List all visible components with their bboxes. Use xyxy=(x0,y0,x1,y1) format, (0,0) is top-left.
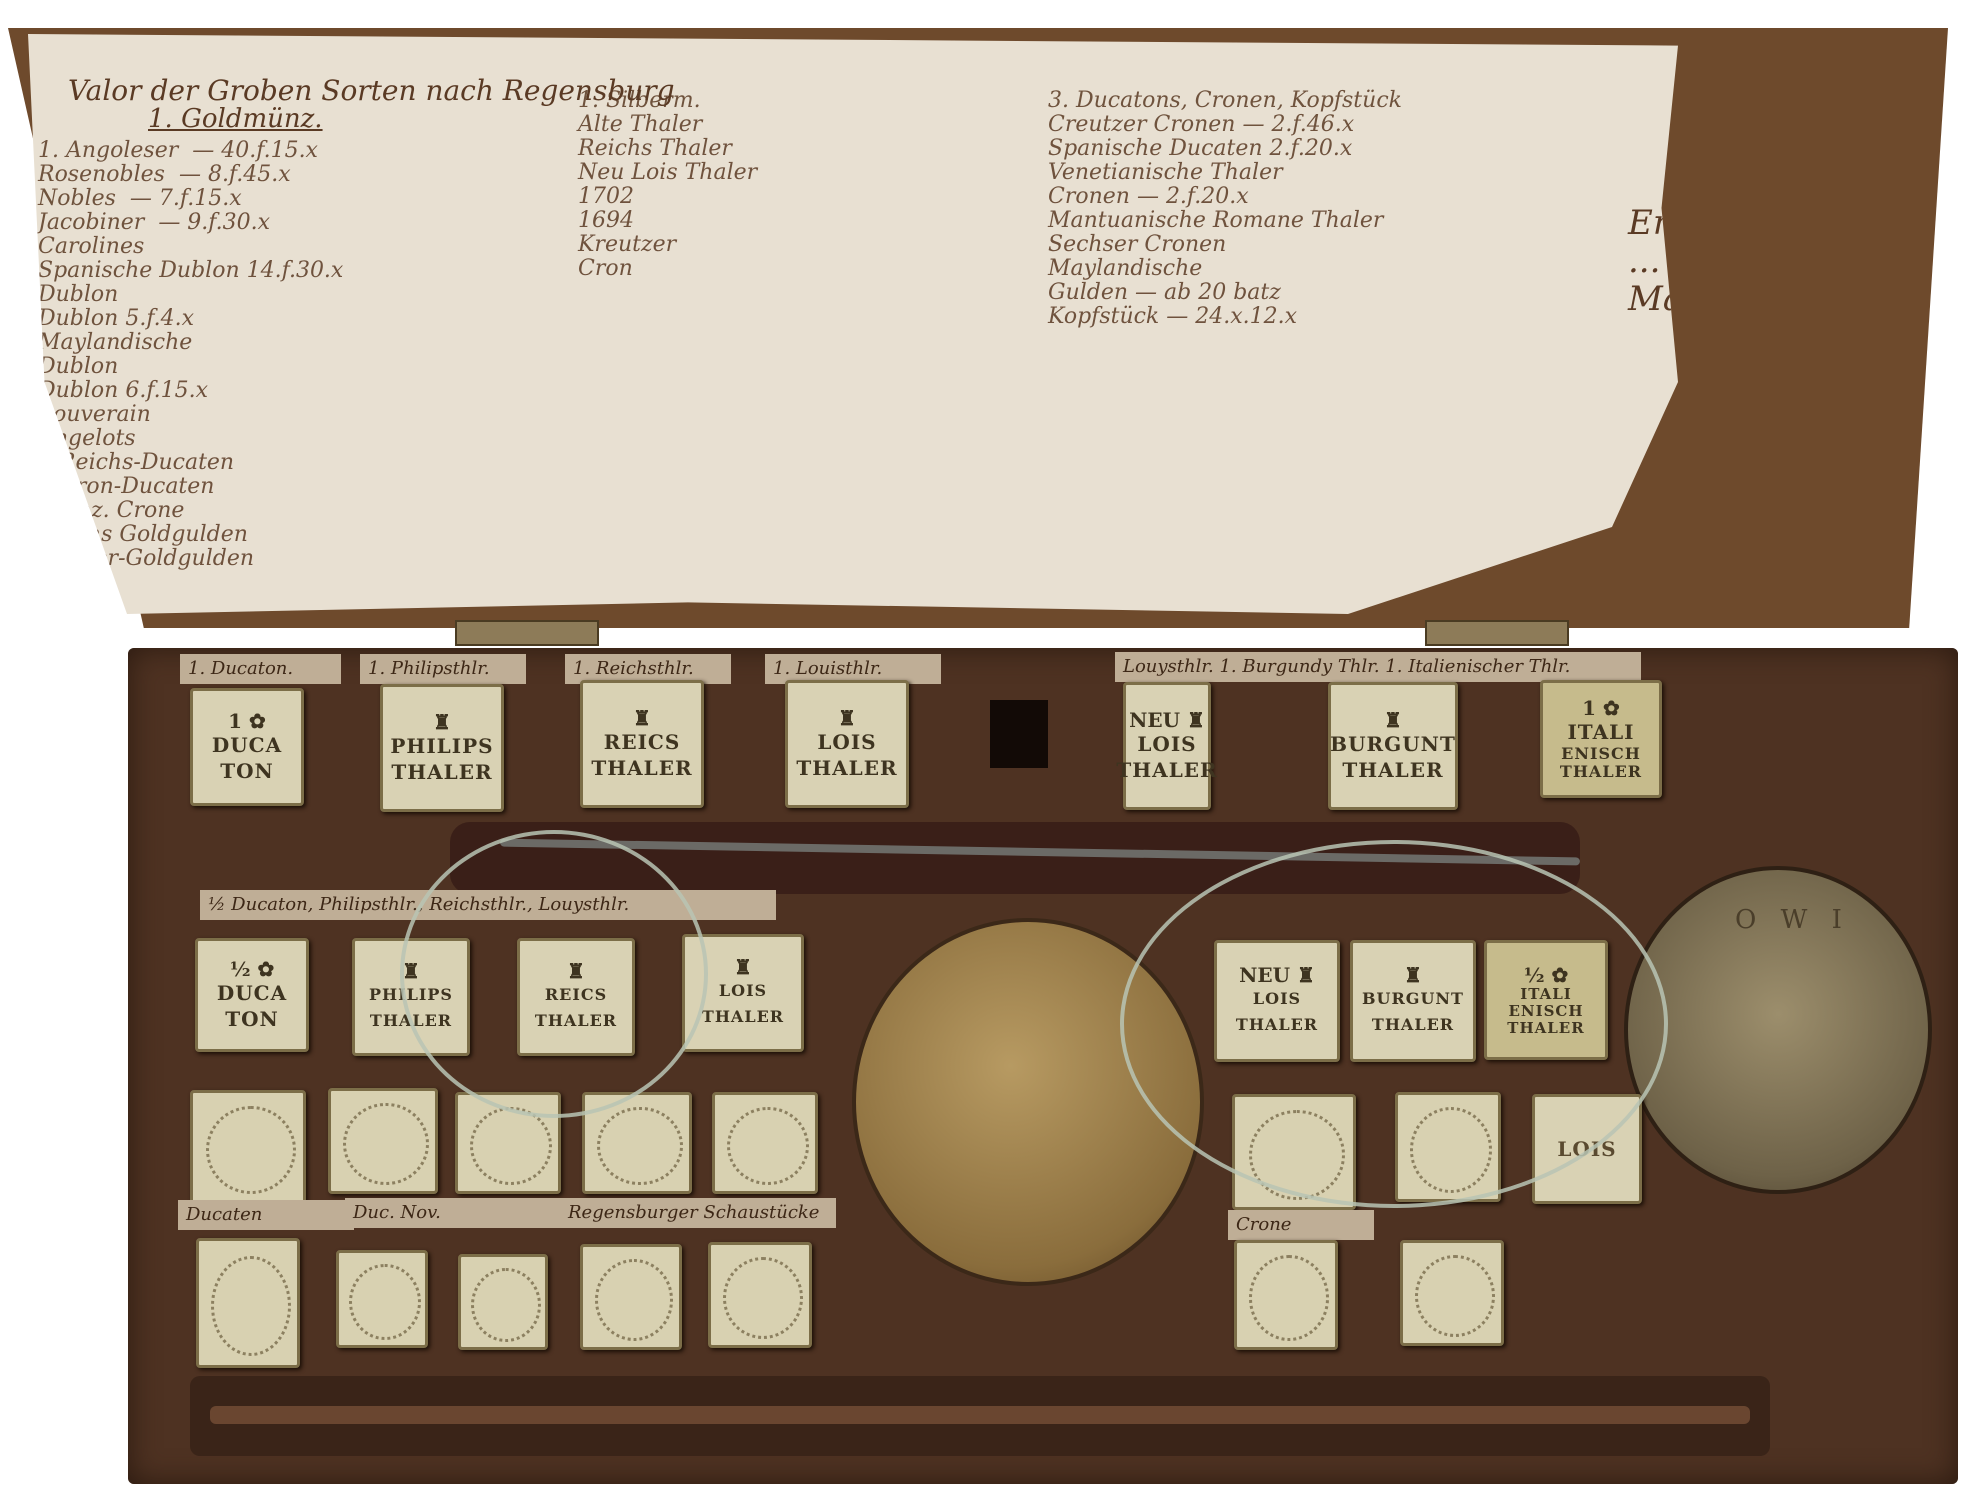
manuscript-column-gold: 1. Angoleser — 40.f.15.x Rosenobles — 8.… xyxy=(38,139,343,571)
weight-mark: ♜ xyxy=(433,711,451,733)
weight-text: REICS xyxy=(604,729,681,755)
scale-string xyxy=(400,830,708,1118)
weight-mark: NEU ♜ xyxy=(1129,709,1205,731)
weight-italian-thaler[interactable]: 1 ✿ITALIENISCHTHALER xyxy=(1540,680,1662,798)
scale-string xyxy=(1120,840,1668,1208)
weight-text: TON xyxy=(220,758,274,784)
weight-text: LOIS xyxy=(817,729,876,755)
weight-text: THALER xyxy=(1560,763,1642,781)
weight-text: THALER xyxy=(702,1004,784,1030)
weight-text: THALER xyxy=(796,755,897,781)
weight-text: BURGUNT xyxy=(1330,731,1456,757)
coin-weight[interactable] xyxy=(1400,1240,1504,1346)
weight-mark: ♜ xyxy=(838,707,856,729)
coin-weight[interactable] xyxy=(196,1238,300,1368)
hinge-left xyxy=(455,620,599,646)
weight-text: ITALI xyxy=(1567,719,1634,745)
coin-weight[interactable] xyxy=(580,1244,682,1350)
tweezers[interactable] xyxy=(210,1406,1750,1424)
weight-text: DUCA xyxy=(217,980,287,1006)
weight-text: LOIS xyxy=(719,978,767,1004)
weight-burgundy-thaler[interactable]: ♜BURGUNTTHALER xyxy=(1328,682,1458,810)
weight-text: THALER xyxy=(1342,757,1443,783)
label-crone: Crone xyxy=(1228,1210,1374,1240)
coin-weight[interactable] xyxy=(712,1092,818,1194)
weight-mark: ½ ✿ xyxy=(230,958,275,980)
weight-mark: 1 ✿ xyxy=(1582,697,1620,719)
manuscript-subtitle: 1. Goldmünz. xyxy=(148,104,323,134)
weight-text: DUCA xyxy=(212,732,282,758)
weight-text: THALER xyxy=(1116,757,1217,783)
label-ducaten: Ducaten xyxy=(178,1200,354,1230)
hinge-right xyxy=(1425,620,1569,646)
label-regensburg: Regensburger Schaustücke xyxy=(560,1198,836,1228)
coin-weight[interactable] xyxy=(458,1254,548,1350)
weight-reichsthaler[interactable]: ♜REICSTHALER xyxy=(580,680,704,808)
manuscript-column-silver: 1. Silberm. Alte Thaler Reichs Thaler Ne… xyxy=(578,89,757,281)
coin-weight[interactable] xyxy=(336,1250,428,1348)
weight-text: THALER xyxy=(591,755,692,781)
label-burgundy-italian: Louysthlr. 1. Burgundy Thlr. 1. Italieni… xyxy=(1115,652,1641,682)
weight-mark: ♜ xyxy=(734,956,752,978)
manuscript-paper: Valor der Groben Sorten nach Regensburg … xyxy=(28,34,1678,614)
label-duc-nov: Duc. Nov. xyxy=(345,1198,561,1228)
pan-inscription: O W I xyxy=(1735,905,1850,935)
label-ducaton: 1. Ducaton. xyxy=(180,654,341,684)
empty-weight-slot xyxy=(990,700,1048,768)
weight-mark: ♜ xyxy=(1384,709,1402,731)
weight-text: ENISCH xyxy=(1561,745,1641,763)
weight-neu-louisthaler[interactable]: NEU ♜LOISTHALER xyxy=(1123,682,1211,810)
weight-half-ducaton[interactable]: ½ ✿DUCATON xyxy=(195,938,309,1052)
weight-text: PHILIPS xyxy=(390,733,493,759)
weight-ducaton[interactable]: 1 ✿DUCATON xyxy=(190,688,304,806)
coin-weight[interactable] xyxy=(708,1242,812,1348)
label-philipsthaler: 1. Philipsthlr. xyxy=(360,654,526,684)
manuscript-column-ducatons: 3. Ducatons, Cronen, Kopfstück Creutzer … xyxy=(1048,89,1402,329)
weight-mark: 1 ✿ xyxy=(228,710,266,732)
weight-louisthaler[interactable]: ♜LOISTHALER xyxy=(785,680,909,808)
weight-text: LOIS xyxy=(1137,731,1196,757)
weight-text: TON xyxy=(225,1006,279,1032)
weight-mark: ♜ xyxy=(633,707,651,729)
coin-weight[interactable] xyxy=(328,1088,438,1194)
coin-weight[interactable] xyxy=(1234,1240,1338,1350)
weight-philipsthaler[interactable]: ♜PHILIPSTHALER xyxy=(380,684,504,812)
weight-text: THALER xyxy=(391,759,492,785)
coin-weight[interactable] xyxy=(190,1090,306,1204)
